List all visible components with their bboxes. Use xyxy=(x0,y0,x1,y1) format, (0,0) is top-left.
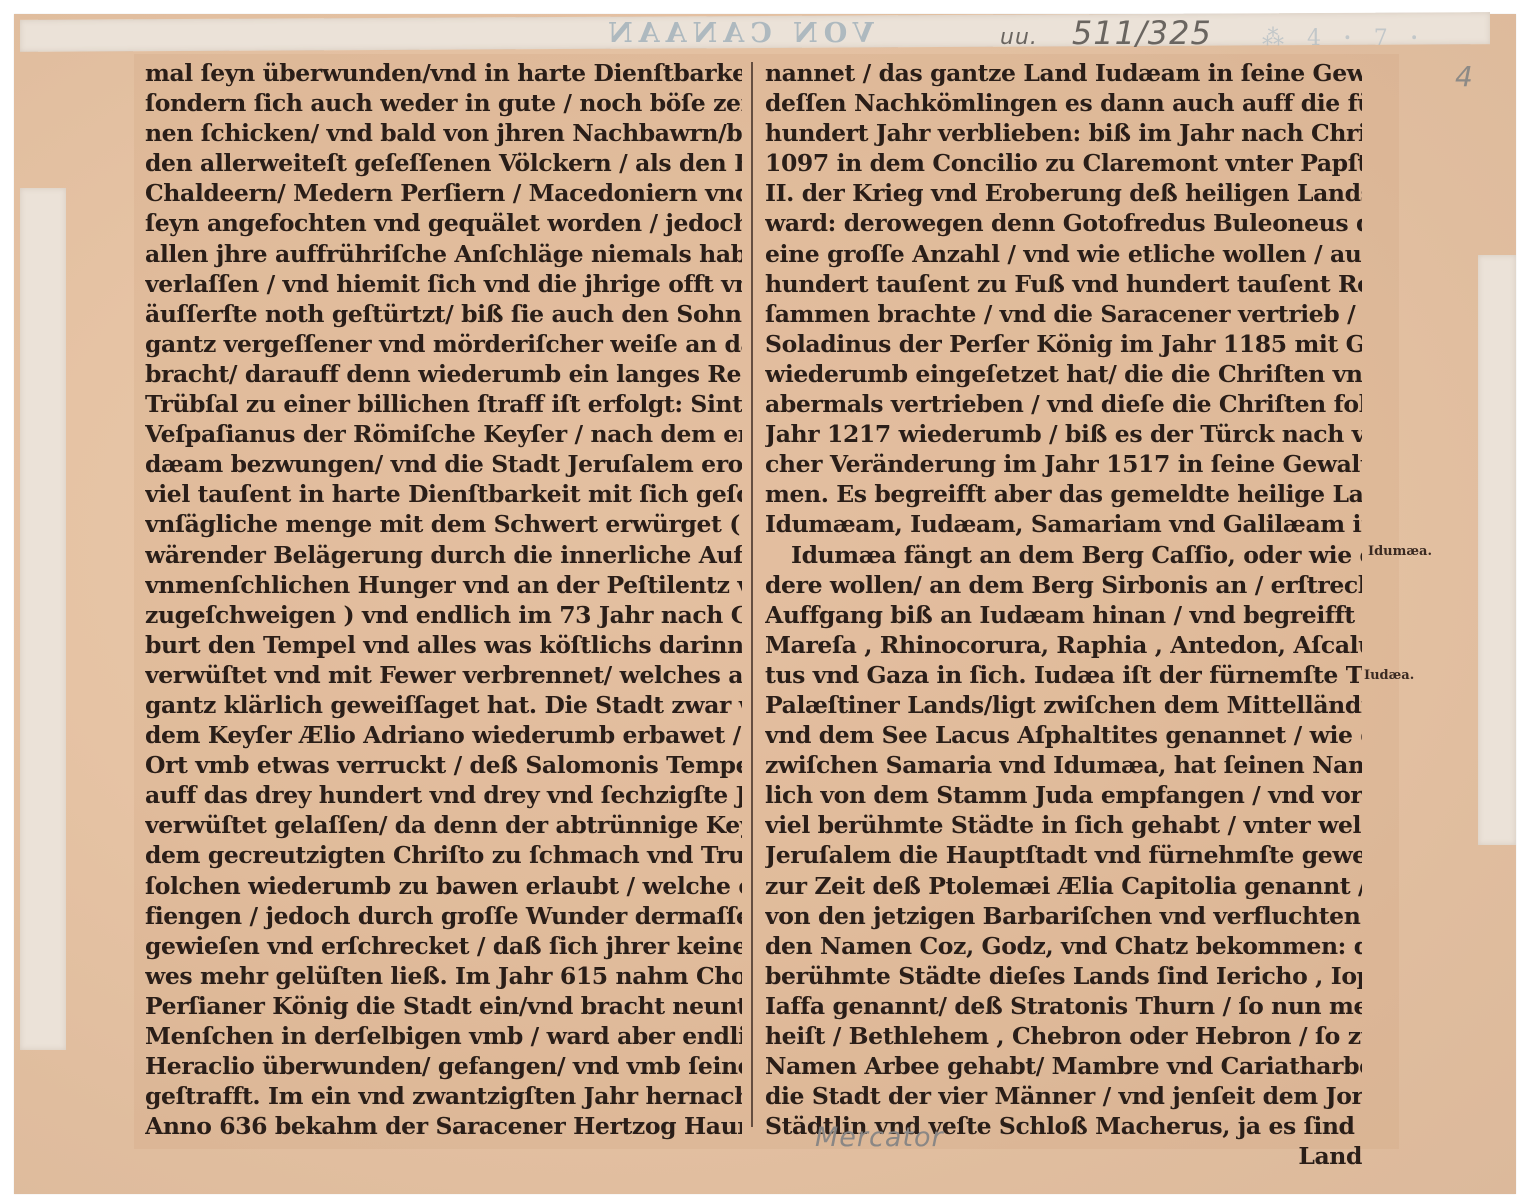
text-line: bracht/ darauff denn wiederumb ein lange… xyxy=(145,359,742,389)
text-line: Heraclio überwunden/ gefangen/ vnd vmb ſ… xyxy=(145,1051,742,1081)
text-line: ſondern ſich auch weder in gute / noch b… xyxy=(145,88,742,118)
text-line: gewieſen vnd erſchrecket / daß ſich jhre… xyxy=(145,931,742,961)
text-line: dæam bezwungen/ vnd die Stadt Jeruſalem … xyxy=(145,449,742,479)
pencil-inventory-reference: uu.511/325 xyxy=(1000,14,1212,52)
text-line: Auffgang biß an Iudæam hinan / vnd begre… xyxy=(765,600,1362,630)
text-column-left: mal ſeyn überwunden/vnd in harte Dienſtb… xyxy=(145,58,742,1141)
text-line: den Namen Coz, Godz, vnd Chatz bekommen:… xyxy=(765,931,1362,961)
faint-bleedthrough-marks: ⁂ 4 ꞏ 7 ꞏ xyxy=(1262,22,1426,52)
column-divider-rule xyxy=(751,62,753,1127)
text-line: gantz klärlich geweiſſaget hat. Die Stad… xyxy=(145,690,742,720)
text-line: hundert Jahr verblieben: biß im Jahr nac… xyxy=(765,118,1362,148)
text-line: fiengen / jedoch durch groſſe Wunder der… xyxy=(145,901,742,931)
text-line: äuſſerſte noth geſtürtzt/ biß ſie auch d… xyxy=(145,299,742,329)
text-line: berühmte Städte dieſes Lands ſind Ierich… xyxy=(765,961,1362,991)
text-line: Palæſtiner Lands/ligt zwiſchen dem Mitte… xyxy=(765,690,1362,720)
text-line: vnd dem See Lacus Aſphaltites genannet /… xyxy=(765,720,1362,750)
marginal-note-iudaea: Iudæa. xyxy=(1364,668,1414,683)
text-line: Ort vmb etwas verruckt / deß Salomonis T… xyxy=(145,750,742,780)
text-line: Perſianer König die Stadt ein/vnd bracht… xyxy=(145,991,742,1021)
text-line: verwüſtet gelaſſen/ da denn der abtrünni… xyxy=(145,810,742,840)
pencil-reference-prefix: uu. xyxy=(1000,25,1038,50)
text-line: eine groſſe Anzahl / vnd wie etliche wol… xyxy=(765,239,1362,269)
text-line: verlaſſen / vnd hiemit ſich vnd die jhri… xyxy=(145,269,742,299)
text-line: allen jhre auffrühriſche Anſchläge niema… xyxy=(145,239,742,269)
text-line: Menſchen in derſelbigen vmb / ward aber … xyxy=(145,1021,742,1051)
text-line: zur Zeit deß Ptolemæi Ælia Capitolia gen… xyxy=(765,871,1362,901)
text-line: wiederumb eingeſetzet hat/ die die Chriſ… xyxy=(765,359,1362,389)
text-line: wärender Belägerung durch die innerliche… xyxy=(145,540,742,570)
pencil-page-number: 4 xyxy=(1455,60,1473,93)
text-line: ſolchen wiederumb zu bawen erlaubt / wel… xyxy=(145,871,742,901)
text-line: dem Keyſer Ælio Adriano wiederumb erbawe… xyxy=(145,720,742,750)
pencil-reference-number: 511/325 xyxy=(1072,14,1212,52)
text-line: die Stadt der vier Männer / vnd jenſeit … xyxy=(765,1081,1362,1111)
text-line: abermals vertrieben / vnd dieſe die Chri… xyxy=(765,389,1362,419)
text-line: heiſt / Bethlehem , Chebron oder Hebron … xyxy=(765,1021,1362,1051)
text-line: burt den Tempel vnd alles was köſtlichs … xyxy=(145,630,742,660)
mirrored-header-bleedthrough: VON CANAAN xyxy=(602,18,874,49)
text-line: zugeſchweigen ) vnd endlich im 73 Jahr n… xyxy=(145,600,742,630)
text-line: Chaldeern/ Medern Perſiern / Macedoniern… xyxy=(145,178,742,208)
text-line: hundert tauſent zu Fuß vnd hundert tauſe… xyxy=(765,269,1362,299)
tape-strip-left xyxy=(20,188,66,1050)
text-line: wes mehr gelüſten ließ. Im Jahr 615 nahm… xyxy=(145,961,742,991)
text-line: geſtrafft. Im ein vnd zwantzigſten Jahr … xyxy=(145,1081,742,1111)
text-line: II. der Krieg vnd Eroberung deß heiligen… xyxy=(765,178,1362,208)
pencil-note-bottom: Mercator xyxy=(815,1122,944,1153)
text-line: tus vnd Gaza in ſich. Iudæa iſt der fürn… xyxy=(765,660,1362,690)
text-line: mal ſeyn überwunden/vnd in harte Dienſtb… xyxy=(145,58,742,88)
text-line: ſammen brachte / vnd die Saracener vertr… xyxy=(765,299,1362,329)
text-line: ward: derowegen denn Gotofredus Buleoneu… xyxy=(765,208,1362,238)
text-line: nen ſchicken/ vnd bald von jhren Nachbaw… xyxy=(145,118,742,148)
text-line: Jeruſalem die Hauptſtadt vnd fürnehmſte … xyxy=(765,840,1362,870)
text-line: Idumæam, Iudæam, Samariam vnd Galilæam i… xyxy=(765,509,1362,539)
marginal-note-idumaea: Idumæa. xyxy=(1368,544,1432,559)
text-line: auff das drey hundert vnd drey vnd ſechz… xyxy=(145,780,742,810)
text-line: viel tauſent in harte Dienſtbarkeit mit … xyxy=(145,479,742,509)
text-line: vnſägliche menge mit dem Schwert erwürge… xyxy=(145,509,742,539)
text-line: vnmenſchlichen Hunger vnd an der Peſtile… xyxy=(145,570,742,600)
text-line: deſſen Nachkömlingen es dann auch auff d… xyxy=(765,88,1362,118)
text-line: Mareſa , Rhinocorura, Raphia , Antedon, … xyxy=(765,630,1362,660)
text-line: verwüſtet vnd mit Fewer verbrennet/ welc… xyxy=(145,660,742,690)
text-line: Anno 636 bekahm der Saracener Hertzog Ha… xyxy=(145,1111,742,1141)
tape-strip-right xyxy=(1478,255,1516,845)
text-line: dem gecreutzigten Chriſto zu ſchmach vnd… xyxy=(145,840,742,870)
text-line: Namen Arbee gehabt/ Mambre vnd Cariathar… xyxy=(765,1051,1362,1081)
text-line: viel berühmte Städte in ſich gehabt / vn… xyxy=(765,810,1362,840)
text-line: nannet / das gantze Land Iudæam in ſeine… xyxy=(765,58,1362,88)
text-line: 1097 in dem Concilio zu Claremont vnter … xyxy=(765,148,1362,178)
text-line: Idumæa fängt an dem Berg Caſſio, oder wi… xyxy=(765,540,1362,570)
text-line: Iaffa genannt/ deß Stratonis Thurn / ſo … xyxy=(765,991,1362,1021)
text-line: ſeyn angefochten vnd gequälet worden / j… xyxy=(145,208,742,238)
text-line: Veſpaſianus der Römiſche Keyſer / nach d… xyxy=(145,419,742,449)
text-line: Trübſal zu einer billichen ſtraff iſt er… xyxy=(145,389,742,419)
text-line: men. Es begreifft aber das gemeldte heil… xyxy=(765,479,1362,509)
text-line: Soladinus der Perſer König im Jahr 1185 … xyxy=(765,329,1362,359)
text-column-right: nannet / das gantze Land Iudæam in ſeine… xyxy=(765,58,1362,1171)
text-line: zwiſchen Samaria vnd Idumæa, hat ſeinen … xyxy=(765,750,1362,780)
text-line: lich von dem Stamm Juda empfangen / vnd … xyxy=(765,780,1362,810)
text-line: gantz vergeſſener vnd mörderiſcher weiſe… xyxy=(145,329,742,359)
text-line: cher Veränderung im Jahr 1517 in ſeine G… xyxy=(765,449,1362,479)
text-line: von den jetzigen Barbariſchen vnd verflu… xyxy=(765,901,1362,931)
text-line: den allerweiteſt geſeſſenen Völckern / a… xyxy=(145,148,742,178)
text-line: Jahr 1217 wiederumb / biß es der Türck n… xyxy=(765,419,1362,449)
text-line: dere wollen/ an dem Berg Sirbonis an / e… xyxy=(765,570,1362,600)
